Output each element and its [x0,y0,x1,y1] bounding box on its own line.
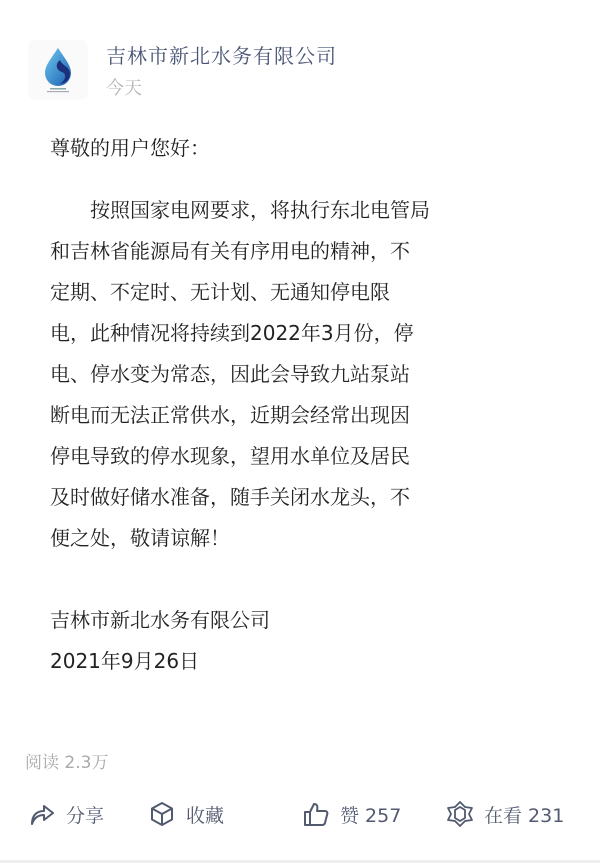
body-line: 定期、不定时、无计划、无通知停电限 [50,272,550,313]
share-icon [28,800,56,828]
body-line: 电，此种情况将持续到2022年3月份，停 [50,313,550,354]
post-date: 今天 [106,74,142,100]
account-name-link[interactable]: 吉林市新北水务有限公司 [106,40,337,69]
share-button[interactable]: 分享 [28,800,104,828]
like-button[interactable]: 赞 257 [302,800,401,828]
paragraph-spacer [50,559,550,600]
account-avatar[interactable] [28,40,88,100]
signature: 吉林市新北水务有限公司 [50,600,550,641]
favorite-button[interactable]: 收藏 [148,800,224,828]
body-line: 及时做好储水准备，随手关闭水龙头，不 [50,477,550,518]
body-line: 按照国家电网要求，将执行东北电管局 [50,190,550,231]
sign-date: 2021年9月26日 [50,641,550,682]
article-content: 尊敬的用户您好： 按照国家电网要求，将执行东北电管局 和吉林省能源局有关有序用电… [50,128,550,682]
water-drop-logo-icon [40,46,76,94]
body-line: 和吉林省能源局有关有序用电的精神，不 [50,231,550,272]
body-line: 电、停水变为常态，因此会导致九站泵站 [50,354,550,395]
article-header: 吉林市新北水务有限公司 今天 [22,38,582,108]
read-count: 阅读 2.3万 [25,748,108,773]
cube-favorite-icon [148,800,176,828]
wow-label: 在看 231 [484,801,564,828]
body-line: 停电导致的停水现象，望用水单位及居民 [50,436,550,477]
body-line: 断电而无法正常供水，近期会经常出现因 [50,395,550,436]
favorite-label: 收藏 [186,801,224,828]
flower-wow-icon [446,800,474,828]
thumbs-up-icon [302,800,330,828]
wow-button[interactable]: 在看 231 [446,800,564,828]
share-label: 分享 [66,801,104,828]
greeting: 尊敬的用户您好： [50,128,550,169]
body-line: 便之处，敬请谅解！ [50,518,550,559]
like-label: 赞 257 [340,801,401,828]
action-bar: 分享 收藏 赞 257 在看 231 [26,800,586,840]
